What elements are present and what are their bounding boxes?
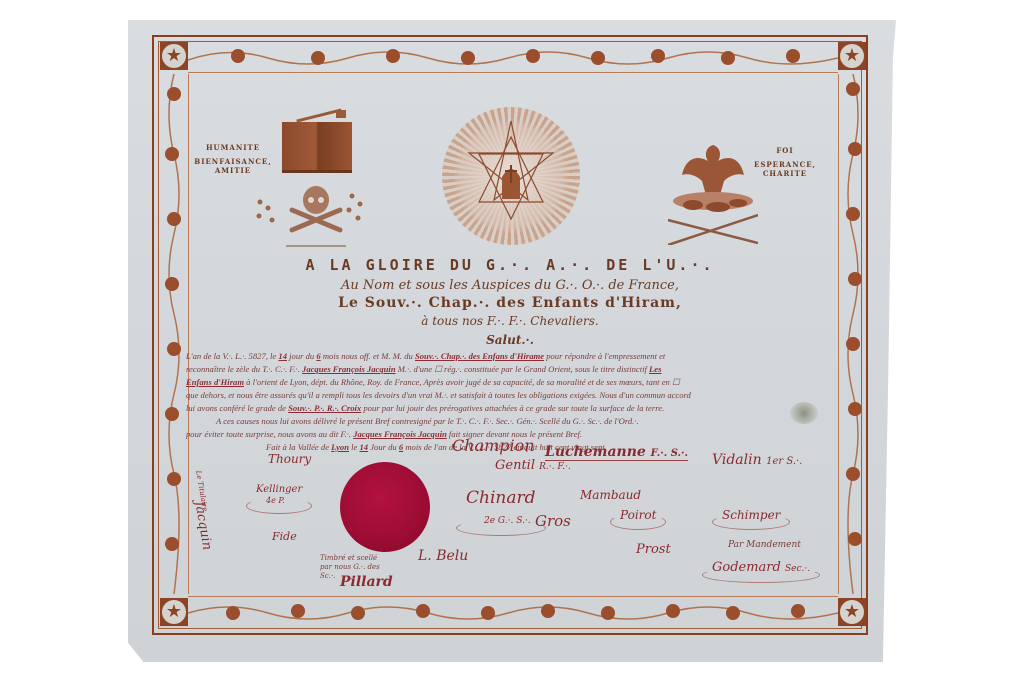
body-line-3: Enfans d'Hiram à l'orient de Lyon, dépt.…: [186, 376, 826, 389]
motto-left-line2: BIENFAISANCE, AMITIE: [188, 157, 278, 175]
tear-drops-right-icon: [344, 192, 368, 226]
par-mandement-label: Par Mandement: [728, 540, 801, 550]
motto-left: HUMANITE BIENFAISANCE, AMITIE: [188, 143, 278, 175]
rose-vine-border-bottom: [188, 596, 838, 627]
corner-star-top-left: ★: [160, 42, 188, 70]
star-in-circle-icon: ★: [162, 600, 186, 624]
rose-vine-icon: [160, 74, 188, 594]
rose-vine-border-left: [160, 74, 189, 594]
signature-luchemanne: Luchemanne F.·. S.·.: [545, 444, 688, 461]
red-wax-seal: [340, 462, 430, 552]
body-line-6: A ces causes nous lui avons délivré le p…: [186, 415, 826, 428]
star-in-circle-icon: ★: [840, 44, 864, 68]
rose-vine-icon: [188, 597, 838, 627]
corner-star-top-right: ★: [838, 42, 866, 70]
heading-line-1: A LA GLOIRE DU G.·. A.·. DE L'U.·.: [280, 256, 740, 274]
corner-star-bottom-right: ★: [838, 598, 866, 626]
signature-chinard: Chinard2e G.·. S.·.: [466, 488, 536, 528]
signature-godemard: Godemard Sec.·.: [712, 560, 810, 575]
rose-vine-icon: [839, 74, 867, 594]
rose-vine-border-right: [838, 74, 867, 594]
signature-schimper: Schimper: [722, 508, 780, 522]
heading-line-4: à tous nos F.·. F.·. Chevaliers.: [280, 314, 740, 328]
signature-pillard: Pillard: [340, 574, 393, 590]
body-line-2: reconnaître le zèle du T.·. C.·. F.·. Ja…: [186, 363, 826, 376]
signature-poirot: Poirot: [620, 508, 656, 522]
skull-and-crossbones-icon: [286, 178, 346, 248]
rose-vine-border-top: [188, 42, 838, 73]
signature-mambaud: Mambaud: [580, 488, 641, 502]
water-stain: [790, 402, 818, 424]
heading-line-2: Au Nom et sous les Auspices du G.·. O.·.…: [280, 278, 740, 293]
signature-l-belu: L. Belu: [418, 548, 468, 564]
rose-vine-icon: [188, 42, 838, 72]
star-in-circle-icon: ★: [840, 600, 864, 624]
heading-line-3: Le Souv.·. Chap.·. des Enfants d'Hiram,: [280, 295, 740, 311]
signature-vidalin: Vidalin 1er S.·.: [712, 452, 802, 468]
signature-fide: Fide: [272, 530, 297, 543]
signature-champion: Champion: [452, 436, 535, 455]
star-in-circle-icon: ★: [162, 44, 186, 68]
body-line-1: L'an de la V.·. L.·. 5827, le 14 jour du…: [186, 350, 826, 363]
imperial-eagle-icon: [668, 135, 758, 245]
altar-with-book-and-mallet-icon: [282, 110, 352, 170]
radiant-sunburst-icon: [442, 107, 580, 245]
signature-prost: Prost: [636, 542, 671, 557]
signature-thoury: Thoury: [268, 452, 311, 466]
body-line-4: que dehors, et nous être assurés qu'il a…: [186, 389, 826, 402]
nine-pointed-star-icon: [442, 107, 580, 245]
body-line-5: lui avons conféré le grade de Souv.·. P.…: [186, 402, 826, 415]
heading-salut: Salut.·.: [280, 333, 740, 347]
corner-star-bottom-left: ★: [160, 598, 188, 626]
tear-drops-left-icon: [254, 196, 278, 228]
signature-gros: Gros: [535, 512, 571, 530]
signature-kellinger: Kellinger4e P.: [256, 484, 302, 506]
motto-left-line1: HUMANITE: [188, 143, 278, 152]
